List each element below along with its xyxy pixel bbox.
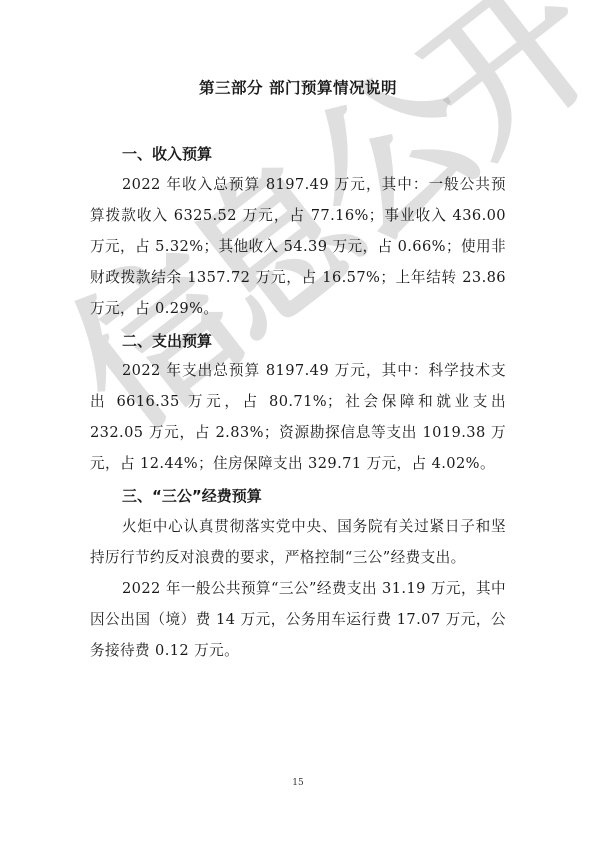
paragraph-income: 2022 年收入总预算 8197.49 万元，其中：一般公共预算拨款收入 632… <box>90 169 506 324</box>
paragraph-three-public-policy: 火炬中心认真贯彻落实党中央、国务院有关过紧日子和坚持厉行节约反对浪费的要求，严格… <box>90 511 506 573</box>
section-heading-three-public: 三、“三公”经费预算 <box>122 485 262 506</box>
page-number: 15 <box>0 778 596 788</box>
page-title: 第三部分 部门预算情况说明 <box>0 76 596 98</box>
paragraph-three-public-amounts: 2022 年一般公共预算“三公”经费支出 31.19 万元，其中因公出国（境）费… <box>90 573 506 666</box>
document-page: 信息公开 第三部分 部门预算情况说明 一、收入预算 2022 年收入总预算 81… <box>0 0 596 842</box>
paragraph-expenditure: 2022 年支出总预算 8197.49 万元，其中：科学技术支出 6616.35… <box>90 355 506 479</box>
section-heading-income: 一、收入预算 <box>122 143 212 164</box>
section-heading-expenditure: 二、支出预算 <box>122 330 212 351</box>
